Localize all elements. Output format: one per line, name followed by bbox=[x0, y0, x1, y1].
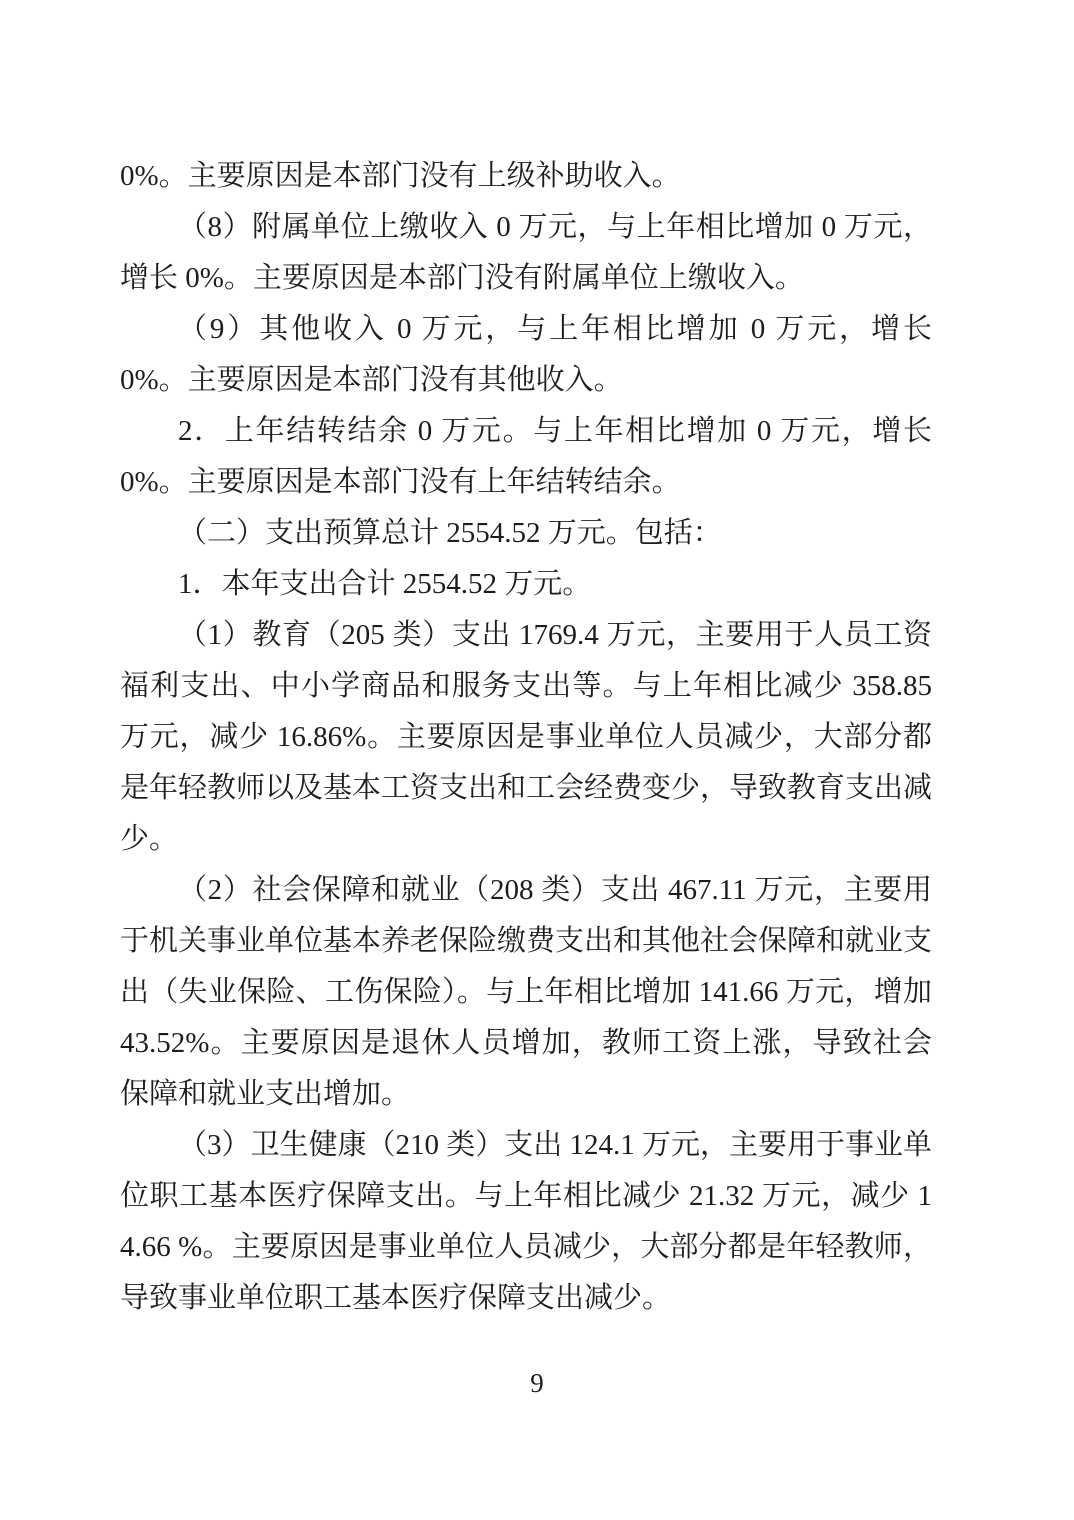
paragraph-item-9-other-income: （9）其他收入 0 万元，与上年相比增加 0 万元，增长 0%。主要原因是本部门… bbox=[120, 304, 932, 406]
paragraph-health-expenditure: （3）卫生健康（210 类）支出 124.1 万元，主要用于事业单位职工基本医疗… bbox=[120, 1120, 932, 1324]
paragraph-item-8-subordinate-income: （8）附属单位上缴收入 0 万元，与上年相比增加 0 万元，增长 0%。主要原因… bbox=[120, 202, 932, 304]
paragraph-education-expenditure: （1）教育（205 类）支出 1769.4 万元，主要用于人员工资福利支出、中小… bbox=[120, 610, 932, 865]
paragraph-annual-expenditure: 1．本年支出合计 2554.52 万元。 bbox=[120, 559, 932, 610]
document-page: 0%。主要原因是本部门没有上级补助收入。 （8）附属单位上缴收入 0 万元，与上… bbox=[0, 0, 1074, 1520]
paragraph-expenditure-total: （二）支出预算总计 2554.52 万元。包括： bbox=[120, 508, 932, 559]
page-number: 9 bbox=[0, 1368, 1074, 1399]
document-body: 0%。主要原因是本部门没有上级补助收入。 （8）附属单位上缴收入 0 万元，与上… bbox=[120, 151, 932, 1324]
paragraph-superior-subsidy-continuation: 0%。主要原因是本部门没有上级补助收入。 bbox=[120, 151, 932, 202]
paragraph-carryover-balance: 2．上年结转结余 0 万元。与上年相比增加 0 万元，增长 0%。主要原因是本部… bbox=[120, 406, 932, 508]
paragraph-social-security-expenditure: （2）社会保障和就业（208 类）支出 467.11 万元，主要用于机关事业单位… bbox=[120, 865, 932, 1120]
